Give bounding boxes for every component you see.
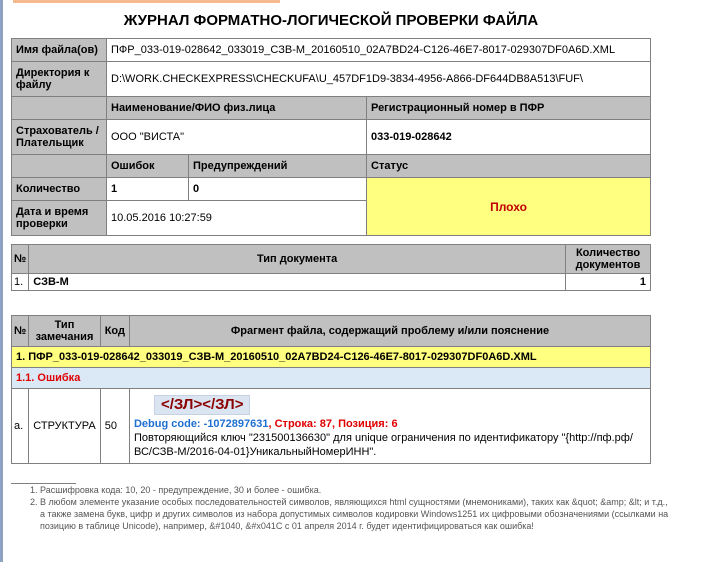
file-name-row: Имя файла(ов) ПФР_033-019-028642_033019_…	[12, 39, 651, 62]
error-position: , Строка: 87, Позиция: 6	[269, 418, 398, 430]
empty-header-cell	[12, 155, 107, 178]
issues-table: № Тип замечания Код Фрагмент файла, соде…	[11, 315, 651, 464]
counts-header-row: Ошибок Предупреждений Статус	[12, 155, 651, 178]
error-section-row: 1.1. Ошибка	[12, 368, 651, 389]
insurer-label: Страхователь / Плательщик	[12, 120, 107, 155]
doc-num: 1.	[12, 274, 29, 291]
errors-count: 1	[107, 178, 189, 201]
issue-code-header: Код	[100, 316, 129, 347]
error-section-label: 1.1. Ошибка	[12, 368, 651, 389]
table-row: a. СТРУКТУРА 50 </ЗЛ></ЗЛ> Debug code: -…	[12, 389, 651, 464]
xml-fragment: </ЗЛ></ЗЛ>	[154, 395, 250, 415]
warnings-count: 0	[189, 178, 367, 201]
doc-count-header: Количество документов	[566, 245, 651, 274]
insurer-name: ООО "ВИСТА"	[107, 120, 367, 155]
datetime-label: Дата и время проверки	[12, 201, 107, 236]
issue-code: 50	[100, 389, 129, 464]
doc-type-header: Тип документа	[29, 245, 566, 274]
top-accent-bar	[13, 0, 280, 3]
table-row: 1. СЗВ-М 1	[12, 274, 651, 291]
insurer-header-row: Наименование/ФИО физ.лица Регистрационны…	[12, 97, 651, 120]
file-info-table: Имя файла(ов) ПФР_033-019-028642_033019_…	[11, 38, 651, 236]
insurer-row: Страхователь / Плательщик ООО "ВИСТА" 03…	[12, 120, 651, 155]
warnings-header: Предупреждений	[189, 155, 367, 178]
name-header: Наименование/ФИО физ.лица	[107, 97, 367, 120]
documents-table: № Тип документа Количество документов 1.…	[11, 244, 651, 291]
file-group-row: 1. ПФР_033-019-028642_033019_СЗВ-М_20160…	[12, 347, 651, 368]
doc-type: СЗВ-М	[29, 274, 566, 291]
directory-label: Директория к файлу	[12, 62, 107, 97]
issue-type-header: Тип замечания	[29, 316, 100, 347]
footnotes-list: Расшифровка кода: 10, 20 - предупреждени…	[28, 484, 670, 532]
empty-header-cell	[12, 97, 107, 120]
directory-row: Директория к файлу D:\WORK.CHECKEXPRESS\…	[12, 62, 651, 97]
status-badge: Плохо	[367, 178, 651, 236]
footnote: В любом элементе указание особых последо…	[40, 496, 670, 532]
page-title: ЖУРНАЛ ФОРМАТНО-ЛОГИЧЕСКОЙ ПРОВЕРКИ ФАЙЛ…	[0, 12, 662, 29]
issue-type: СТРУКТУРА	[29, 389, 100, 464]
status-header: Статус	[367, 155, 651, 178]
issue-num: a.	[12, 389, 29, 464]
issue-detail: </ЗЛ></ЗЛ> Debug code: -1072897631, Стро…	[129, 389, 650, 464]
datetime-value: 10.05.2016 10:27:59	[107, 201, 367, 236]
reg-number-header: Регистрационный номер в ПФР	[367, 97, 651, 120]
errors-header: Ошибок	[107, 155, 189, 178]
file-name-value: ПФР_033-019-028642_033019_СЗВ-М_20160510…	[107, 39, 651, 62]
issue-num-header: №	[12, 316, 29, 347]
counts-row: Количество 1 0 Плохо	[12, 178, 651, 201]
issue-fragment-header: Фрагмент файла, содержащий проблему и/ил…	[129, 316, 650, 347]
directory-value: D:\WORK.CHECKEXPRESS\CHECKUFA\U_457DF1D9…	[107, 62, 651, 97]
reg-number-value: 033-019-028642	[367, 120, 651, 155]
error-message: Повторяющийся ключ "231500136630" для un…	[134, 431, 646, 459]
num-header: №	[12, 245, 29, 274]
file-name-label: Имя файла(ов)	[12, 39, 107, 62]
documents-header-row: № Тип документа Количество документов	[12, 245, 651, 274]
doc-count: 1	[566, 274, 651, 291]
footnote: Расшифровка кода: 10, 20 - предупреждени…	[40, 484, 670, 496]
file-group-label: 1. ПФР_033-019-028642_033019_СЗВ-М_20160…	[12, 347, 651, 368]
count-label: Количество	[12, 178, 107, 201]
debug-code: Debug code: -1072897631	[134, 418, 269, 430]
issues-header-row: № Тип замечания Код Фрагмент файла, соде…	[12, 316, 651, 347]
window-left-border	[0, 0, 3, 562]
